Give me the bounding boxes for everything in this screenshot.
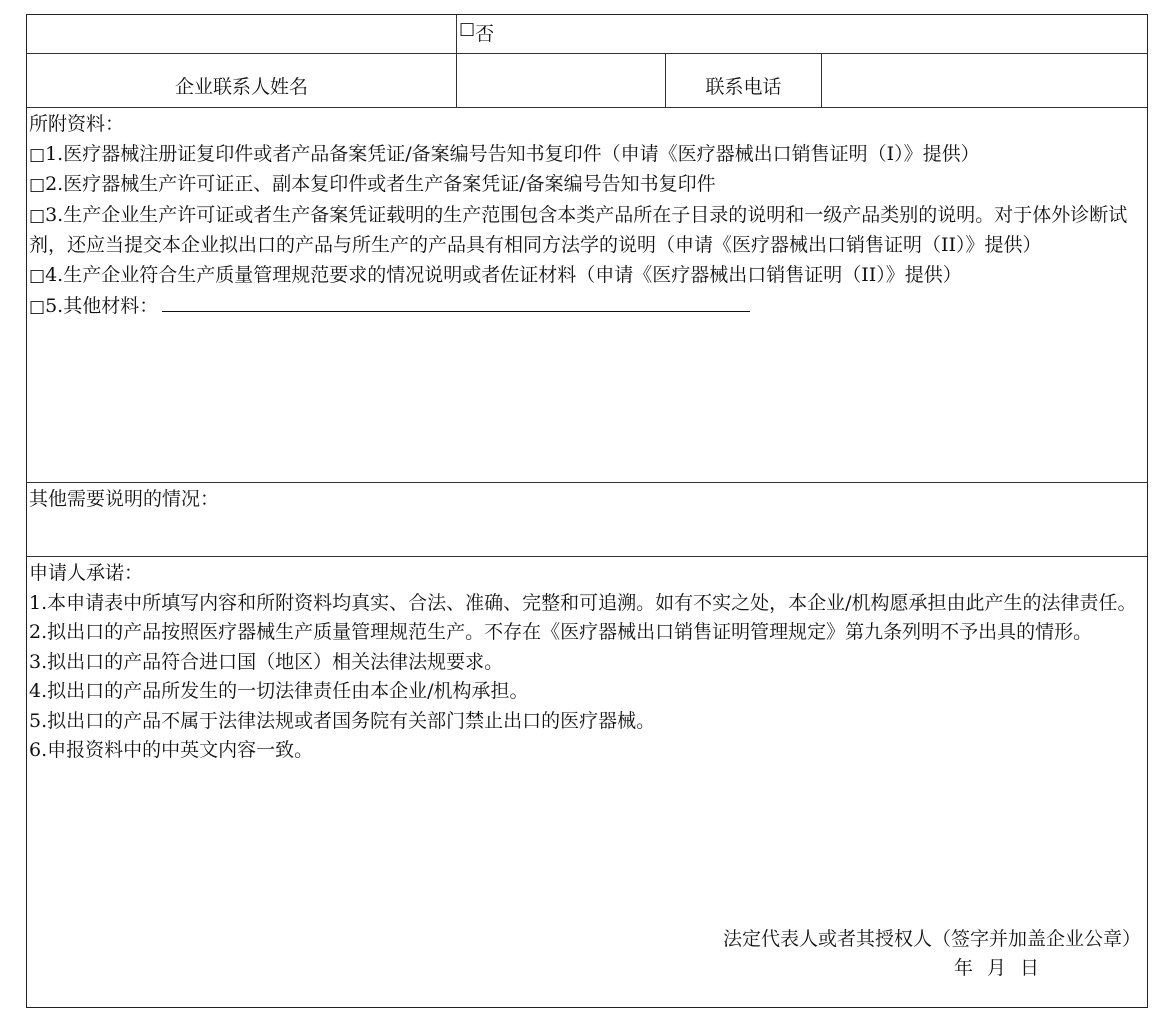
attachment-item-2: □2.医疗器械生产许可证正、副本复印件或者生产备案凭证/备案编号告知书复印件: [29, 170, 1145, 201]
checkbox-icon[interactable]: □: [29, 297, 45, 317]
commitment-item-4: 4.拟出口的产品所发生的一切法律责任由本企业/机构承担。: [29, 677, 1145, 707]
other-notes-section: 其他需要说明的情况：: [27, 483, 1147, 557]
applicant-commitment-section: 申请人承诺： 1.本申请表中所填写内容和所附资料均真实、合法、准确、完整和可追溯…: [27, 557, 1147, 1007]
checkbox-icon[interactable]: □: [29, 175, 45, 195]
attachment-item-text: 4.生产企业符合生产质量管理规范要求的情况说明或者佐证材料（申请《医疗器械出口销…: [45, 264, 962, 286]
contact-row: 企业联系人姓名 联系电话: [27, 54, 1147, 108]
contact-name-field[interactable]: [457, 54, 666, 107]
attachment-item-text: 5.其他材料：: [45, 295, 158, 317]
date-month-label: 月: [987, 957, 1006, 979]
checkbox-icon[interactable]: □: [29, 266, 45, 286]
date-year-label: 年: [954, 957, 973, 979]
attachment-item-5: □5.其他材料：: [29, 291, 1145, 323]
attachment-item-4: □4.生产企业符合生产质量管理规范要求的情况说明或者佐证材料（申请《医疗器械出口…: [29, 261, 1145, 292]
option-row-label-cell: [27, 15, 457, 53]
attachments-section: 所附资料： □1.医疗器械注册证复印件或者产品备案凭证/备案编号告知书复印件（申…: [27, 108, 1147, 483]
phone-field[interactable]: [822, 54, 1147, 107]
attachments-heading: 所附资料：: [29, 110, 1145, 140]
signature-date[interactable]: 年月日: [954, 954, 1039, 984]
attachment-item-text: 1.医疗器械注册证复印件或者产品备案凭证/备案编号告知书复印件（申请《医疗器械出…: [45, 143, 980, 165]
other-notes-block: 其他需要说明的情况：: [27, 483, 1147, 556]
option-row: □ 否: [27, 15, 1147, 54]
attachment-item-3: □3.生产企业生产许可证或者生产备案凭证载明的生产范围包含本类产品所在子目录的说…: [29, 201, 1145, 261]
phone-label: 联系电话: [666, 54, 822, 107]
attachment-item-1: □1.医疗器械注册证复印件或者产品备案凭证/备案编号告知书复印件（申请《医疗器械…: [29, 140, 1145, 171]
other-materials-field[interactable]: [162, 291, 750, 312]
attachments-block: 所附资料： □1.医疗器械注册证复印件或者产品备案凭证/备案编号告知书复印件（申…: [27, 108, 1147, 482]
commitment-item-6: 6.申报资料中的中英文内容一致。: [29, 736, 1145, 766]
signature-label: 法定代表人或者其授权人（签字并加盖企业公章）: [723, 925, 1141, 955]
commitment-item-2: 2.拟出口的产品按照医疗器械生产质量管理规范生产。不存在《医疗器械出口销售证明管…: [29, 618, 1145, 648]
commitment-heading: 申请人承诺：: [29, 559, 1145, 589]
other-notes-heading: 其他需要说明的情况：: [29, 485, 1145, 515]
commitment-item-3: 3.拟出口的产品符合进口国（地区）相关法律法规要求。: [29, 648, 1145, 678]
commitment-item-5: 5.拟出口的产品不属于法律法规或者国务院有关部门禁止出口的医疗器械。: [29, 707, 1145, 737]
attachment-item-text: 3.生产企业生产许可证或者生产备案凭证载明的生产范围包含本类产品所在子目录的说明…: [29, 204, 1127, 257]
checkbox-icon[interactable]: □: [29, 145, 45, 165]
attachment-item-text: 2.医疗器械生产许可证正、副本复印件或者生产备案凭证/备案编号告知书复印件: [45, 173, 716, 195]
date-day-label: 日: [1020, 957, 1039, 979]
checkbox-icon[interactable]: □: [459, 19, 475, 39]
application-form-table: □ 否 企业联系人姓名 联系电话 所附资料： □1.医疗器械注册证复印件或者产品…: [26, 14, 1148, 1008]
contact-name-label: 企业联系人姓名: [27, 54, 457, 107]
checkbox-icon[interactable]: □: [29, 206, 45, 226]
option-no-cell[interactable]: □ 否: [457, 15, 1147, 53]
option-no-label: 否: [475, 19, 494, 46]
commitment-item-1: 1.本申请表中所填写内容和所附资料均真实、合法、准确、完整和可追溯。如有不实之处…: [29, 589, 1145, 619]
